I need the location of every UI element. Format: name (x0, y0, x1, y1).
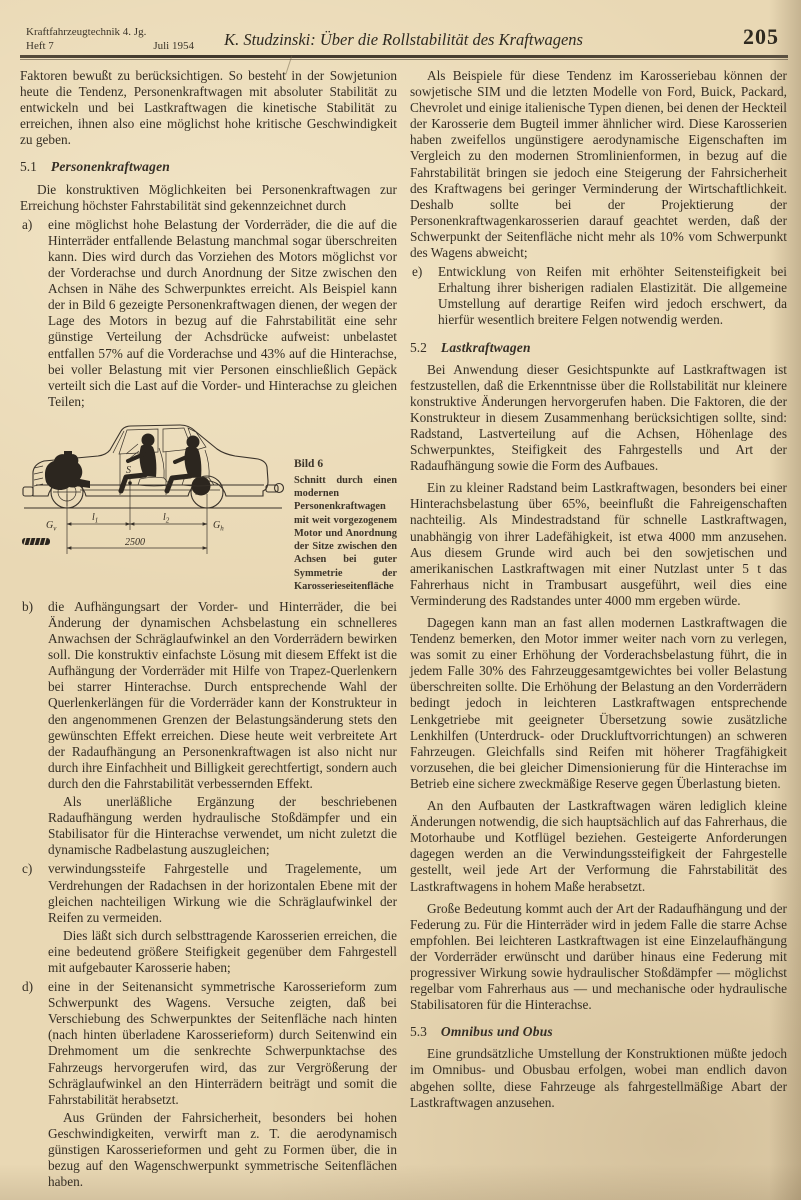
list-item-continuation: Dies läßt sich durch selbsttragende Karo… (48, 928, 397, 976)
list-item-b: b) die Aufhängungsart der Vorder- und Hi… (20, 599, 397, 859)
scanned-journal-page: Kraftfahrzeugtechnik 4. Jg. Heft 7 Juli … (0, 0, 801, 1200)
list-item-text: eine in der Seitenansicht symmetrische K… (48, 979, 397, 1108)
list-item-continuation: Als unerläßliche Ergänzung der beschrieb… (48, 794, 397, 858)
dim-l1-label: l1 (92, 512, 98, 525)
paragraph: Die konstruktiven Möglichkeiten bei Pers… (20, 182, 397, 214)
dim-wheelbase-label: 2500 (125, 537, 145, 548)
section-number: 5.1 (20, 159, 37, 174)
list-item-d: d) eine in der Seitenansicht symmetrisch… (20, 979, 397, 1190)
list-item-label: c) (22, 861, 32, 877)
list-item-e: e) Entwicklung von Reifen mit erhöhter S… (410, 264, 787, 328)
cg-marker: S (126, 465, 132, 508)
paragraph: An den Aufbauten der Lastkraftwagen wäre… (410, 798, 787, 895)
paragraph: Dagegen kann man an fast allen modernen … (410, 615, 787, 792)
list-item-continuation: Aus Gründen der Fahrsicherheit, besonder… (48, 1110, 397, 1190)
cg-label: S (126, 465, 131, 476)
figure-caption-text: Schnitt durch einen modernen Personenkra… (294, 474, 397, 593)
list-item-text: verwindungssteife Fahrgestelle und Trage… (48, 861, 397, 925)
page-header: Kraftfahrzeugtechnik 4. Jg. Heft 7 Juli … (20, 24, 787, 56)
header-rule (20, 55, 788, 60)
page-number: 205 (743, 24, 779, 50)
section-heading-5-2: 5.2Lastkraftwagen (410, 340, 787, 356)
running-title: K. Studzinski: Über die Rollstabilität d… (20, 30, 787, 50)
section-heading-5-3: 5.3Omnibus und Obus (410, 1024, 787, 1040)
list-item-label: d) (22, 979, 33, 995)
paragraph: Als Beispiele für diese Tendenz im Karos… (410, 68, 787, 261)
list-item-a: a) eine möglichst hohe Belastung der Vor… (20, 217, 397, 410)
dimension-lines: l1 l2 Gv Gh 2500 (46, 494, 224, 554)
rear-bumper-cap (275, 483, 284, 492)
right-column: Als Beispiele für diese Tendenz im Karos… (410, 68, 787, 1190)
section-title: Omnibus und Obus (441, 1024, 553, 1039)
figure-caption: Bild 6 Schnitt durch einen modernen Pers… (294, 458, 397, 593)
list-item-text: die Aufhängungsart der Vorder- und Hinte… (48, 599, 397, 792)
figure-label: Bild 6 (294, 458, 397, 471)
paragraph: Faktoren bewußt zu berücksichtigen. So b… (20, 68, 397, 148)
left-column: Faktoren bewußt zu berücksichtigen. So b… (20, 68, 397, 1190)
paragraph: Große Bedeutung kommt auch der Art der R… (410, 901, 787, 1014)
list-item-label: e) (412, 264, 422, 280)
section-number: 5.2 (410, 340, 427, 355)
list-item-label: b) (22, 599, 33, 615)
section-number: 5.3 (410, 1024, 427, 1039)
dim-l2-label: l2 (163, 512, 170, 525)
dim-gv-label: Gv (46, 520, 57, 533)
paragraph: Bei Anwendung dieser Gesichtspunkte auf … (410, 362, 787, 475)
list-item-c: c) verwindungssteife Fahrgestelle und Tr… (20, 861, 397, 976)
article-body: Faktoren bewußt zu berücksichtigen. So b… (20, 68, 788, 1190)
figure-bild-6: S l1 l2 Gv Gh 2500 (20, 418, 397, 593)
section-heading-5-1: 5.1Personenkraftwagen (20, 159, 397, 175)
section-title: Personenkraftwagen (51, 159, 170, 174)
grille (34, 466, 43, 486)
list-item-text: Entwicklung von Reifen mit erhöhter Seit… (438, 264, 787, 328)
paragraph: Eine grundsätzliche Umstellung der Konst… (410, 1046, 787, 1110)
scale-marker (22, 538, 50, 545)
front-bumper (23, 487, 33, 496)
car-cutaway-drawing: S l1 l2 Gv Gh 2500 (20, 418, 286, 576)
dim-gh-label: Gh (213, 520, 224, 533)
section-title: Lastkraftwagen (441, 340, 531, 355)
list-item-label: a) (22, 217, 32, 233)
paragraph: Ein zu kleiner Radstand beim Lastkraftwa… (410, 480, 787, 609)
list-item-text: eine möglichst hohe Belastung der Vorder… (48, 217, 397, 410)
